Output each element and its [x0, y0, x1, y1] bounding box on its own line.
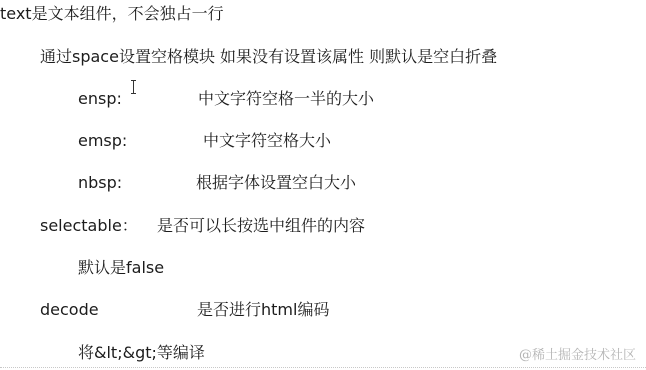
term-description: 是否可以长按选中组件的内容 — [157, 216, 365, 236]
row-decode: decode 是否进行html编码 — [40, 300, 99, 320]
term-label: nbsp: — [78, 173, 122, 192]
line-text: 通过space设置空格模块 如果没有设置该属性 则默认是空白折叠 — [40, 47, 497, 66]
line-text: 将&lt;&gt;等编译 — [78, 343, 205, 362]
line-default-false: 默认是false — [78, 258, 164, 278]
row-nbsp: nbsp: 根据字体设置空白大小 — [78, 173, 122, 193]
line-text: 默认是false — [78, 258, 164, 277]
term-description: 根据字体设置空白大小 — [196, 173, 356, 193]
line-entity-compile: 将&lt;&gt;等编译 — [78, 343, 205, 363]
term-label: emsp: — [78, 131, 127, 150]
row-selectable: selectable： 是否可以长按选中组件的内容 — [40, 216, 138, 236]
term-label: selectable： — [40, 216, 138, 235]
heading-text-component: text是文本组件，不会独占一行 — [0, 4, 224, 24]
line-text: text是文本组件，不会独占一行 — [0, 4, 224, 23]
term-description: 中文字符空格一半的大小 — [198, 89, 374, 109]
term-label: decode — [40, 300, 99, 319]
text-cursor-icon — [131, 80, 136, 94]
term-description: 是否进行html编码 — [197, 300, 329, 320]
watermark: @稀土掘金技术社区 — [519, 344, 636, 363]
bottom-divider — [0, 367, 646, 368]
row-ensp: ensp: 中文字符空格一半的大小 — [78, 89, 122, 109]
line-space-attribute: 通过space设置空格模块 如果没有设置该属性 则默认是空白折叠 — [40, 47, 497, 67]
term-description: 中文字符空格大小 — [203, 131, 331, 151]
row-emsp: emsp: 中文字符空格大小 — [78, 131, 127, 151]
term-label: ensp: — [78, 89, 122, 108]
